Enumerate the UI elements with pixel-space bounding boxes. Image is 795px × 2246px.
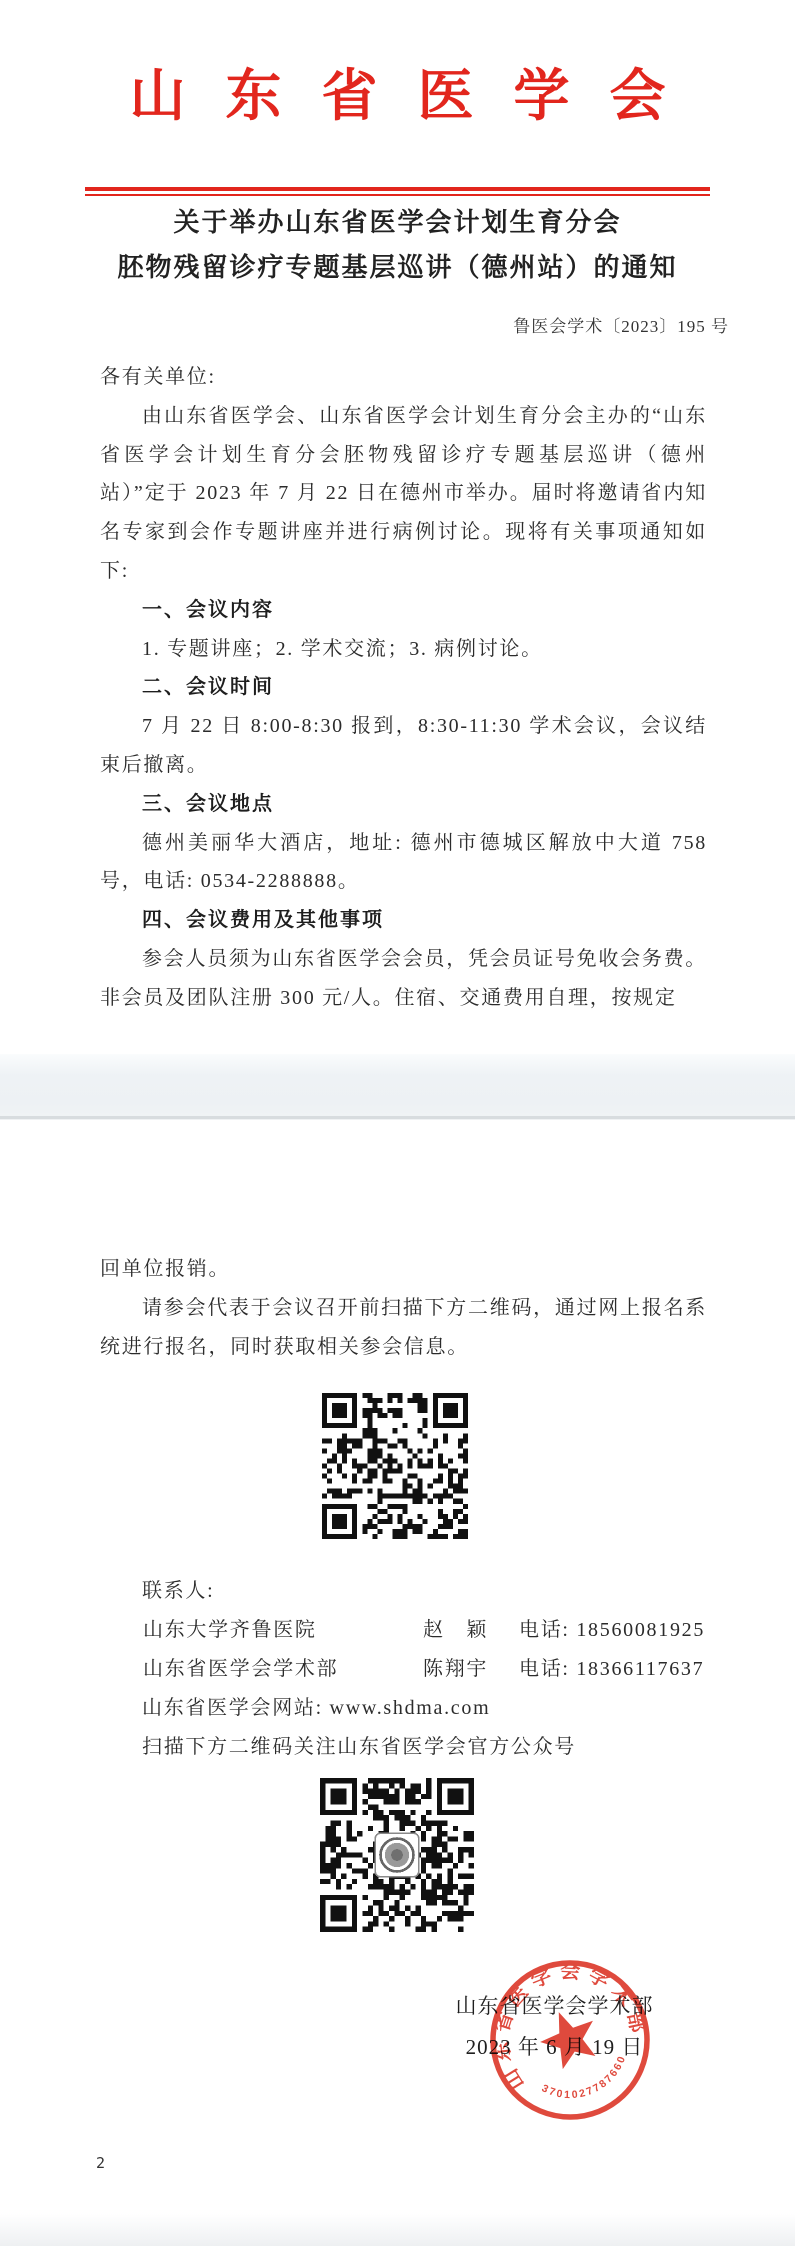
page-1-body: 各有关单位: 由山东省医学会、山东省医学会计划生育分会主办的“山东省医学会计划生… xyxy=(100,358,707,1018)
page-2: 回单位报销。 请参会代表于会议召开前扫描下方二维码，通过网上报名系统进行报名，同… xyxy=(0,1120,795,2246)
section-4-body: 参会人员须为山东省医学会会员，凭会员证号免收会务费。非会员及团队注册 300 元… xyxy=(100,940,707,1018)
section-3-body: 德州美丽华大酒店，地址: 德州市德城区解放中大道 758 号，电话: 0534-… xyxy=(100,824,707,902)
page-2-body: 回单位报销。 请参会代表于会议召开前扫描下方二维码，通过网上报名系统进行报名，同… xyxy=(100,1250,707,1366)
page-number: 2 xyxy=(96,2154,105,2172)
wechat-note: 扫描下方二维码关注山东省医学会官方公众号 xyxy=(100,1728,707,1767)
document-title-line2: 胚物残留诊疗专题基层巡讲（德州站）的通知 xyxy=(0,245,795,290)
section-3-heading: 三、会议地点 xyxy=(100,785,707,824)
signature-date: 2023 年 6 月 19 日 xyxy=(452,2027,657,2068)
section-4-heading: 四、会议费用及其他事项 xyxy=(100,901,707,940)
signature-block: 山东省医学会学术部 2023 年 6 月 19 日 xyxy=(452,1986,657,2068)
contact-phone: 电话: 18366117637 xyxy=(519,1658,704,1680)
document-title-line1: 关于举办山东省医学会计划生育分会 xyxy=(0,200,795,245)
contact-row-1: 山东大学齐鲁医院赵 颖电话: 18560081925 xyxy=(100,1611,707,1650)
contact-org: 山东省医学会学术部 xyxy=(143,1650,423,1689)
page-seam-shadow xyxy=(0,1054,795,1116)
continuation-line: 回单位报销。 xyxy=(100,1250,707,1289)
intro-paragraph: 由山东省医学会、山东省医学会计划生育分会主办的“山东省医学会计划生育分会胚物残留… xyxy=(100,397,707,591)
contact-row-2: 山东省医学会学术部陈翔宇电话: 18366117637 xyxy=(100,1650,707,1689)
registration-note: 请参会代表于会议召开前扫描下方二维码，通过网上报名系统进行报名，同时获取相关参会… xyxy=(100,1289,707,1367)
document-scan: 山东省医学会 关于举办山东省医学会计划生育分会 胚物残留诊疗专题基层巡讲（德州站… xyxy=(0,0,795,2246)
website-line: 山东省医学会网站: www.shdma.com xyxy=(100,1689,707,1728)
signature-org: 山东省医学会学术部 xyxy=(452,1986,657,2027)
salutation: 各有关单位: xyxy=(100,358,707,397)
contacts-block: 联系人: 山东大学齐鲁医院赵 颖电话: 18560081925 山东省医学会学术… xyxy=(100,1572,707,1767)
page-1: 山东省医学会 关于举办山东省医学会计划生育分会 胚物残留诊疗专题基层巡讲（德州站… xyxy=(0,0,795,1056)
section-2-heading: 二、会议时间 xyxy=(100,668,707,707)
document-number: 鲁医会学术〔2023〕195 号 xyxy=(0,312,795,337)
section-1-body: 1. 专题讲座；2. 学术交流；3. 病例讨论。 xyxy=(100,630,707,669)
contact-phone: 电话: 18560081925 xyxy=(519,1619,705,1641)
header-divider xyxy=(85,187,710,196)
registration-qr-code xyxy=(322,1393,468,1539)
contacts-label: 联系人: xyxy=(100,1572,707,1611)
wechat-qr-code xyxy=(320,1778,474,1932)
contact-name: 赵 颖 xyxy=(423,1611,519,1650)
scan-bottom-shadow xyxy=(0,2214,795,2246)
contact-org: 山东大学齐鲁医院 xyxy=(143,1611,423,1650)
org-header: 山东省医学会 xyxy=(0,52,795,142)
section-1-heading: 一、会议内容 xyxy=(100,591,707,630)
section-2-body: 7 月 22 日 8:00-8:30 报到，8:30-11:30 学术会议，会议… xyxy=(100,707,707,785)
document-title: 关于举办山东省医学会计划生育分会 胚物残留诊疗专题基层巡讲（德州站）的通知 xyxy=(0,200,795,290)
contact-name: 陈翔宇 xyxy=(423,1650,519,1689)
